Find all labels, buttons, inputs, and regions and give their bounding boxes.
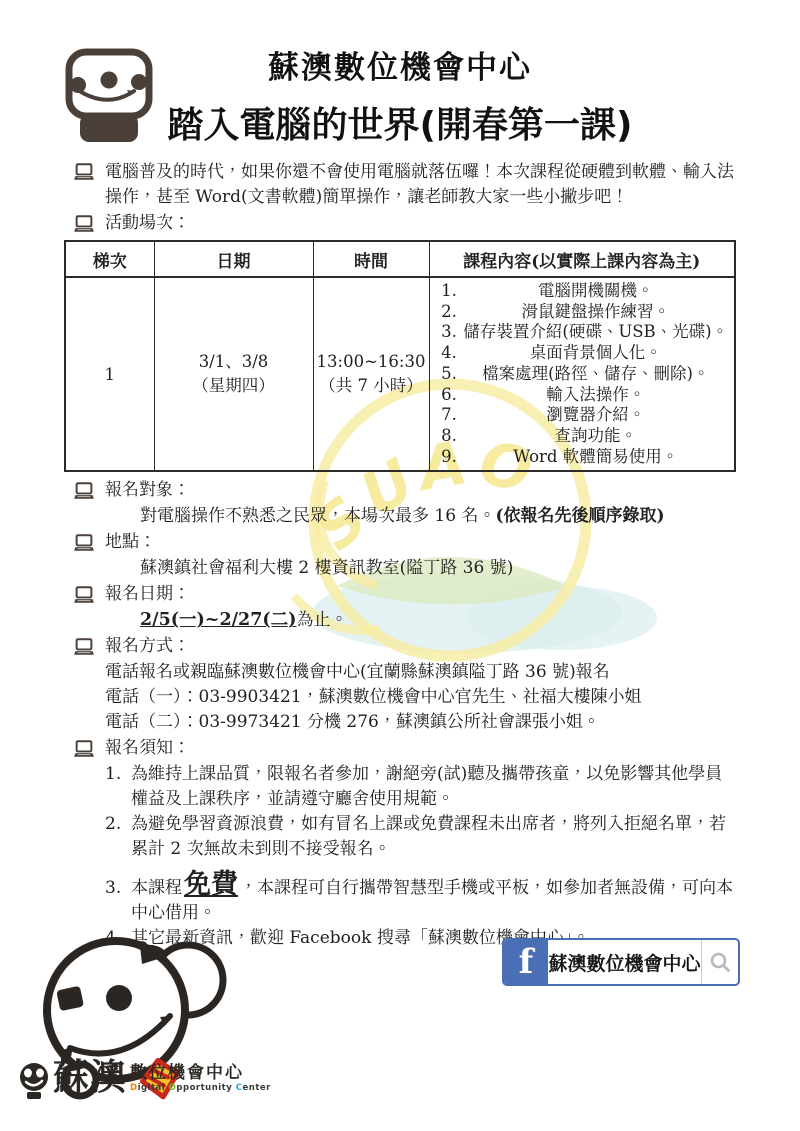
course-item: 5.檔案處理(路徑、儲存、刪除)。 [437, 364, 731, 385]
sessions-row: 活動場次： [64, 212, 736, 237]
logotype-face-icon [18, 1062, 50, 1102]
logotype-cn-big: 蘇澳 [53, 1058, 127, 1098]
course-item: 8.查詢功能。 [437, 426, 731, 447]
notice-label: 報名須知： [105, 737, 190, 760]
free-highlight: 免費 [182, 869, 240, 900]
course-item: 7.瀏覽器介紹。 [437, 405, 731, 426]
cell-date: 3/1、3/8 （星期四） [154, 277, 313, 471]
logotype-english: Digital Opportunity Center [130, 1083, 271, 1094]
notice-row: 報名須知： [64, 737, 736, 762]
location-text: 蘇澳鎮社會福利大樓 2 樓資訊教室(隘丁路 36 號) [140, 556, 736, 581]
col-content: 課程內容(以實際上課內容為主) [429, 241, 735, 277]
schedule-table: 梯次 日期 時間 課程內容(以實際上課內容為主) 1 3/1、3/8 （星期四）… [64, 240, 736, 472]
intro-row: 電腦普及的時代，如果你還不會使用電腦就落伍囉！本次課程從硬體到軟體、輸入法操作，… [64, 160, 736, 210]
sessions-label: 活動場次： [105, 212, 190, 235]
reg-method-label: 報名方式： [105, 635, 190, 658]
col-session: 梯次 [65, 241, 154, 277]
facebook-icon: f [504, 940, 548, 984]
notice-item-1: 1. 為維持上課品質，限報名者參加，謝絕旁(試)聽及攜帶孩童，以免影響其他學員權… [105, 762, 736, 812]
page-subtitle: 踏入電腦的世界(開春第一課) [64, 102, 736, 150]
location-label: 地點： [105, 531, 156, 554]
computer-icon [74, 638, 94, 660]
course-item: 6.輸入法操作。 [437, 385, 731, 406]
facebook-page-name: 蘇澳數位機會中心 [548, 940, 701, 984]
reg-method-line: 電話（一）：03-9903421，蘇澳數位機會中心官先生、社福大樓陳小姐 [105, 685, 736, 710]
reg-date-label: 報名日期： [105, 583, 190, 606]
schedule-data-row: 1 3/1、3/8 （星期四） 13:00~16:30 （共 7 小時） 1.電… [65, 277, 735, 471]
reg-method-line: 電話報名或親臨蘇澳數位機會中心(宜蘭縣蘇澳鎮隘丁路 36 號)報名 [105, 660, 736, 685]
date-range: 2/5(一)~2/27(二) [140, 610, 296, 630]
cell-session: 1 [65, 277, 154, 471]
audience-text: 對電腦操作不熟悉之民眾，本場次最多 16 名。(依報名先後順序錄取) [140, 504, 736, 529]
audience-note: (依報名先後順序錄取) [495, 506, 664, 526]
computer-icon [74, 482, 94, 504]
computer-icon [74, 534, 94, 556]
col-date: 日期 [154, 241, 313, 277]
computer-icon [74, 215, 94, 237]
flyer-page: SUAO 蘇澳數位機會中心 踏入電腦的世界(開春第一課) [0, 0, 800, 1131]
location-row: 地點： [64, 531, 736, 556]
course-item: 2.滑鼠鍵盤操作練習。 [437, 302, 731, 323]
notice-item-3: 3. 本課程免費，本課程可自行攜帶智慧型手機或平板，如參加者無設備，可向本中心借… [105, 872, 736, 926]
page-title: 蘇澳數位機會中心 [64, 46, 736, 90]
logotype-cn-small: 數位機會中心 [130, 1064, 271, 1083]
course-item: 9.Word 軟體簡易使用。 [437, 447, 731, 468]
audience-label: 報名對象： [105, 479, 190, 502]
cell-time: 13:00~16:30 （共 7 小時） [313, 277, 429, 471]
col-time: 時間 [313, 241, 429, 277]
schedule-header-row: 梯次 日期 時間 課程內容(以實際上課內容為主) [65, 241, 735, 277]
search-icon [701, 940, 738, 984]
computer-icon [74, 163, 94, 185]
cell-course-list: 1.電腦開機關機。 2.滑鼠鍵盤操作練習。 3.儲存裝置介紹(硬碟、USB、光碟… [429, 277, 735, 471]
doc-logotype: 蘇澳 數位機會中心 Digital Opportunity Center [18, 1058, 271, 1102]
notice-item-2: 2. 為避免學習資源浪費，如有冒名上課或免費課程未出席者，將列入拒絕名單，若累計… [105, 812, 736, 862]
intro-text: 電腦普及的時代，如果你還不會使用電腦就落伍囉！本次課程從硬體到軟體、輸入法操作，… [105, 160, 736, 210]
reg-method-line: 電話（二）：03-9973421 分機 276，蘇澳鎮公所社會課張小姐。 [105, 710, 736, 735]
computer-icon [74, 586, 94, 608]
reg-date-text: 2/5(一)~2/27(二)為止。 [140, 608, 736, 633]
course-item: 4.桌面背景個人化。 [437, 343, 731, 364]
reg-date-row: 報名日期： [64, 583, 736, 608]
course-item: 3.儲存裝置介紹(硬碟、USB、光碟)。 [437, 322, 731, 343]
computer-icon [74, 740, 94, 762]
audience-row: 報名對象： [64, 479, 736, 504]
course-item: 1.電腦開機關機。 [437, 281, 731, 302]
reg-method-row: 報名方式： [64, 635, 736, 660]
facebook-search-badge: f 蘇澳數位機會中心 [502, 938, 740, 986]
